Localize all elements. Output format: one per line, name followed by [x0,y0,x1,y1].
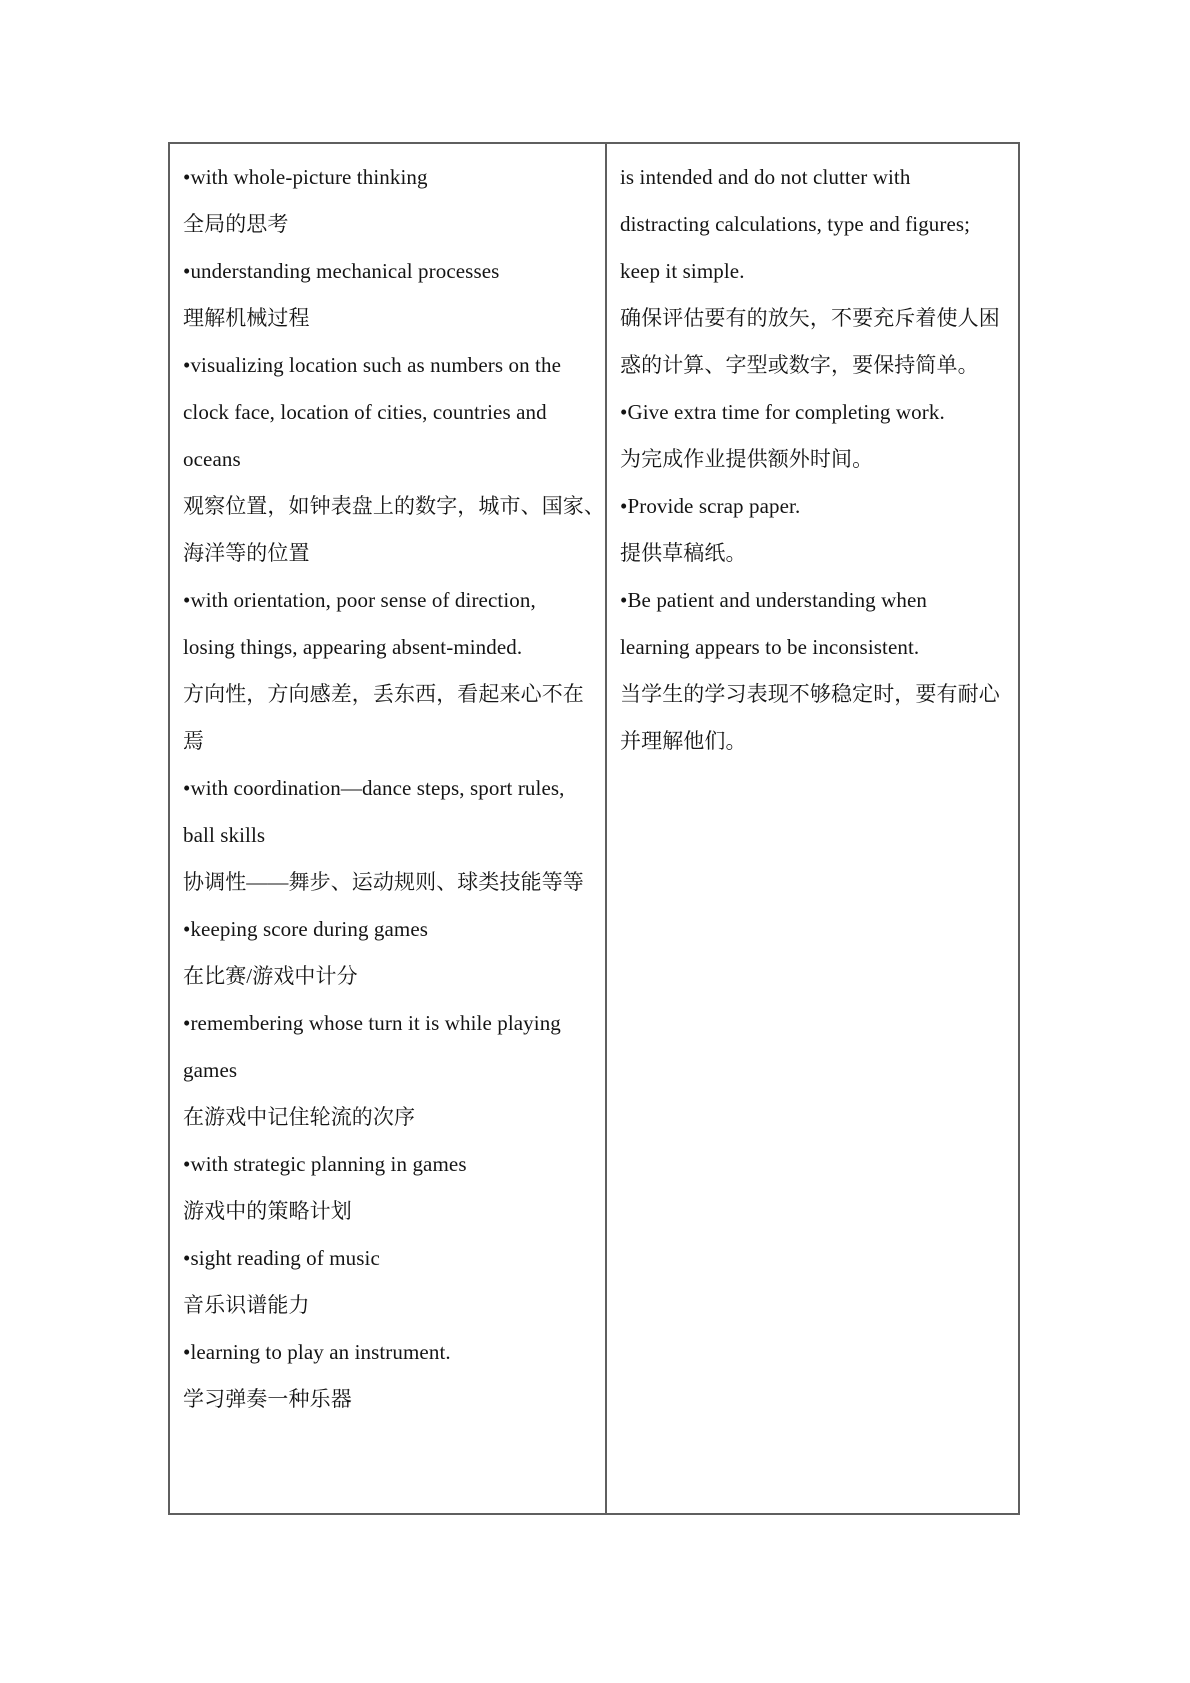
text-line: 提供草稿纸。 [620,530,1018,577]
text-line: 协调性——舞步、运动规则、球类技能等等 [183,859,605,906]
text-line: 确保评估要有的放矢，不要充斥着使人困 [620,295,1018,342]
text-line: losing things, appearing absent-minded. [183,624,605,671]
text-line: •remembering whose turn it is while play… [183,1000,605,1047]
text-line: 理解机械过程 [183,295,605,342]
text-line: •sight reading of music [183,1235,605,1282]
text-line: 方向性，方向感差，丢东西，看起来心不在 [183,671,605,718]
text-line: is intended and do not clutter with [620,154,1018,201]
text-line: •understanding mechanical processes [183,248,605,295]
text-line: oceans [183,436,605,483]
text-line: 游戏中的策略计划 [183,1188,605,1235]
text-line: 焉 [183,718,605,765]
document-page: •with whole-picture thinking全局的思考•unders… [0,0,1190,1683]
text-line: keep it simple. [620,248,1018,295]
table-cell-right: is intended and do not clutter withdistr… [607,144,1018,1513]
text-line: distracting calculations, type and figur… [620,201,1018,248]
text-line: •with strategic planning in games [183,1141,605,1188]
text-line: 学习弹奏一种乐器 [183,1376,605,1423]
text-line: •Give extra time for completing work. [620,389,1018,436]
table-cell-left: •with whole-picture thinking全局的思考•unders… [170,144,607,1513]
text-line: ball skills [183,812,605,859]
text-line: 为完成作业提供额外时间。 [620,436,1018,483]
text-line: 当学生的学习表现不够稳定时，要有耐心 [620,671,1018,718]
text-line: 在游戏中记住轮流的次序 [183,1094,605,1141]
text-line: •with orientation, poor sense of directi… [183,577,605,624]
text-line: •visualizing location such as numbers on… [183,342,605,389]
text-line: 惑的计算、字型或数字，要保持简单。 [620,342,1018,389]
text-line: •keeping score during games [183,906,605,953]
text-line: •learning to play an instrument. [183,1329,605,1376]
text-line: 在比赛/游戏中计分 [183,953,605,1000]
text-line: clock face, location of cities, countrie… [183,389,605,436]
text-line: 并理解他们。 [620,718,1018,765]
text-line: •Be patient and understanding when [620,577,1018,624]
text-line: learning appears to be inconsistent. [620,624,1018,671]
text-line: •Provide scrap paper. [620,483,1018,530]
text-line: 全局的思考 [183,201,605,248]
two-column-table: •with whole-picture thinking全局的思考•unders… [168,142,1020,1515]
text-line: 海洋等的位置 [183,530,605,577]
text-line: 音乐识谱能力 [183,1282,605,1329]
text-line: 观察位置，如钟表盘上的数字，城市、国家、 [183,483,605,530]
text-line: •with coordination—dance steps, sport ru… [183,765,605,812]
text-line: games [183,1047,605,1094]
text-line: •with whole-picture thinking [183,154,605,201]
